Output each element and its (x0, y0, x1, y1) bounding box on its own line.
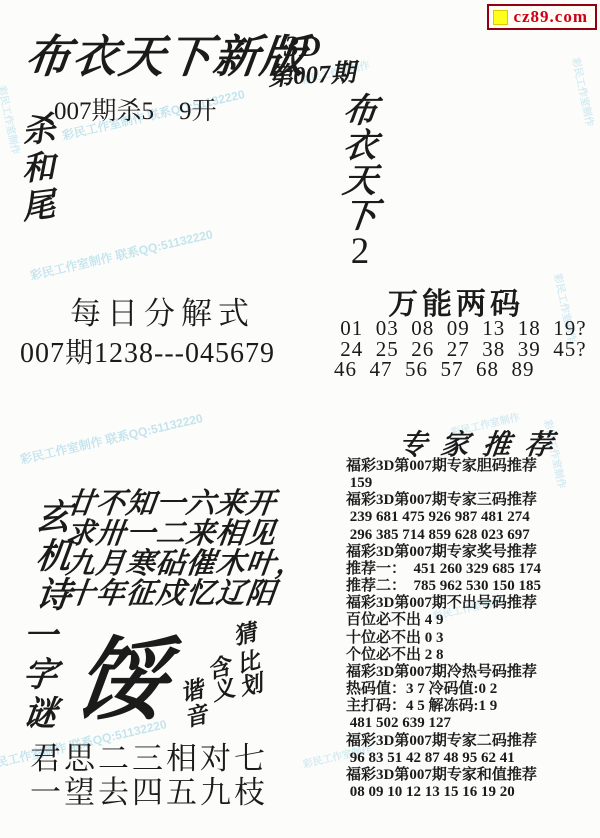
daily-decomposition-title: 每日分解式 (70, 288, 255, 333)
riddle-label-char: 谜 (21, 695, 60, 734)
expert-recommend-line: 福彩3D第007期冷热号码推荐 (346, 664, 598, 681)
mystery-poem-lines: 廿不知一六来开求卅一二来相见九月寒砧催木叶，十年征戍忆辽阳 (66, 489, 306, 609)
riddle-label: 一 字 谜 (23, 617, 57, 734)
two-codes-row: 24 25 26 27 38 39 45? (334, 339, 587, 360)
expert-recommend-line: 推荐二： 785 962 530 150 185 (346, 578, 598, 595)
expert-recommend-line: 福彩3D第007期专家和值推荐 (346, 767, 598, 784)
watermark-text: 彩民工作室制作 联系QQ:51132220 (28, 225, 214, 284)
expert-recommend-line: 百位必不出 4 9 (346, 612, 598, 629)
daily-decomposition-line: 007期1238---045679 (20, 331, 275, 371)
riddle-hint-char: 义 (207, 670, 237, 708)
expert-recommend-line: 福彩3D第007期专家奖号推荐 (346, 544, 598, 561)
bottom-verse: 君思二三相对七一望去四五九枝 (30, 742, 268, 810)
brand-char: 2 (351, 234, 370, 269)
two-codes-grid: 01 03 08 09 13 18 19? 24 25 26 27 38 39 … (334, 318, 587, 380)
expert-recommend-list: 福彩3D第007期专家胆码推荐 159福彩3D第007期专家三码推荐 239 6… (346, 458, 598, 801)
expert-recommend-line: 239 681 475 926 987 481 274 (346, 509, 598, 526)
expert-recommend-line: 福彩3D第007期专家胆码推荐 (346, 458, 598, 475)
watermark-text: 彩民工作室制作 (569, 56, 598, 128)
riddle-label-char: 字 (21, 656, 60, 695)
expert-recommend-line: 十位必不出 0 3 (346, 630, 598, 647)
two-codes-row: 46 47 56 57 68 89 (334, 359, 587, 380)
expert-recommend-line: 159 (346, 475, 598, 492)
watermark-text: 彩民工作室制作 联系QQ:51132220 (18, 409, 204, 468)
expert-recommend-line: 481 502 639 127 (346, 715, 598, 732)
expert-recommend-title: 专家推荐 (397, 423, 570, 463)
bottom-verse-line: 君思二三相对七 (30, 742, 268, 776)
expert-recommend-line: 福彩3D第007期不出号码推荐 (346, 595, 598, 612)
kill-tail-char: 尾 (20, 186, 57, 228)
badge-square-icon (493, 10, 508, 25)
brand-char: 下 (341, 199, 379, 234)
issue-number: 第007期 (267, 53, 356, 94)
expert-recommend-line: 热码值：3 7 冷码值:0 2 (346, 681, 598, 698)
expert-recommend-line: 296 385 714 859 628 023 697 (346, 527, 598, 544)
expert-recommend-line: 个位必不出 2 8 (346, 647, 598, 664)
brand-char: 衣 (341, 129, 379, 164)
riddle-character: 馁 (70, 634, 172, 729)
kill-number-line: 007期杀5 9开 (54, 91, 217, 127)
two-codes-row: 01 03 08 09 13 18 19? (334, 318, 587, 339)
bottom-verse-line: 一望去四五九枝 (30, 776, 268, 810)
kill-tail-char: 和 (21, 149, 56, 189)
poem-line: 九月寒砧催木叶， (64, 549, 308, 579)
expert-recommend-line: 96 83 51 42 87 48 95 62 41 (346, 750, 598, 767)
expert-recommend-line: 08 09 10 12 13 15 16 19 20 (346, 784, 598, 801)
cz89-badge[interactable]: cz89.com (487, 4, 597, 30)
expert-recommend-line: 主打码：4 5 解冻码:1 9 (346, 698, 598, 715)
badge-link-text: cz89.com (513, 7, 588, 27)
brand-vertical-label: 布 衣 天 下 2 (343, 94, 377, 269)
brand-char: 布 (341, 94, 379, 129)
riddle-label-char: 一 (21, 617, 60, 656)
poem-line: 十年征戍忆辽阳 (64, 579, 308, 609)
poem-line: 廿不知一六来开 (64, 489, 308, 519)
expert-recommend-line: 推荐一： 451 260 329 685 174 (346, 561, 598, 578)
expert-recommend-line: 福彩3D第007期专家二码推荐 (346, 733, 598, 750)
poem-line: 求卅一二来相见 (64, 519, 308, 549)
brand-char: 天 (341, 164, 379, 199)
kill-tail-vertical-label: 杀 和 尾 (22, 112, 55, 226)
expert-recommend-line: 福彩3D第007期专家三码推荐 (346, 492, 598, 509)
lottery-tip-sheet-page: 彩民工作室制作 联系QQ:51132220 彩民工作室制作 联系QQ:51132… (0, 0, 600, 838)
kill-tail-char: 杀 (20, 110, 57, 151)
